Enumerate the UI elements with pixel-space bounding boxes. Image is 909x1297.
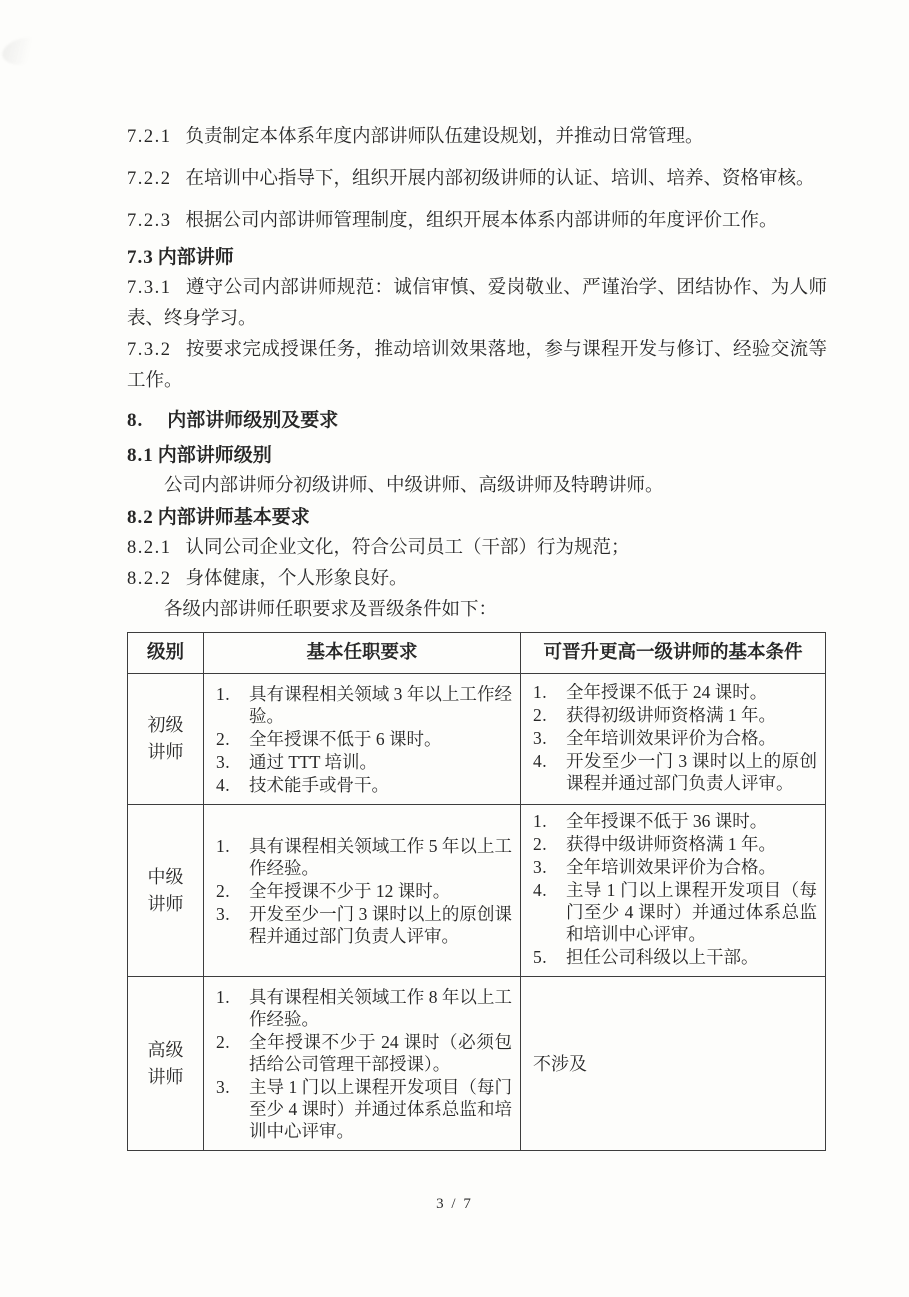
list-item: 2.获得中级讲师资格满 1 年。 (533, 833, 817, 855)
list-item: 1.具有课程相关领域工作 8 年以上工作经验。 (216, 986, 512, 1030)
header-level: 级别 (128, 633, 204, 674)
list-item: 2.全年授课不少于 24 课时（必须包括给公司管理干部授课）。 (216, 1031, 512, 1075)
clause-7-2-1: 7.2.1负责制定本体系年度内部讲师队伍建设规划，并推动日常管理。 (127, 116, 827, 158)
header-promotion-conditions: 可晋升更高一级讲师的基本条件 (521, 633, 826, 674)
clause-7-3-2: 7.3.2按要求完成授课任务，推动培训效果落地，参与课程开发与修订、经验交流等工… (127, 335, 827, 397)
list-item: 1.全年授课不低于 24 课时。 (533, 681, 817, 703)
list-item: 3.全年培训效果评价为合格。 (533, 727, 817, 749)
list-item: 4.主导 1 门以上课程开发项目（每门至少 4 课时）并通过体系总监和培训中心评… (533, 879, 817, 945)
heading-number: 8.2 (127, 507, 154, 528)
clause-text: 按要求完成授课任务，推动培训效果落地，参与课程开发与修订、经验交流等工作。 (127, 340, 827, 391)
document-body: 7.2.1负责制定本体系年度内部讲师队伍建设规划，并推动日常管理。 7.2.2在… (127, 116, 827, 1151)
table-row-senior: 高级讲师 1.具有课程相关领域工作 8 年以上工作经验。 2.全年授课不少于 2… (128, 977, 826, 1151)
clause-text: 在培训中心指导下，组织开展内部初级讲师的认证、培训、培养、资格审核。 (186, 169, 815, 189)
page-number-indicator: 3 / 7 (0, 1196, 909, 1213)
list-item: 2.全年授课不低于 6 课时。 (216, 728, 512, 750)
list-item: 3.开发至少一门 3 课时以上的原创课程并通过部门负责人评审。 (216, 903, 512, 947)
clause-7-2-3: 7.2.3根据公司内部讲师管理制度，组织开展本体系内部讲师的年度评价工作。 (127, 200, 827, 242)
clause-number: 7.3.1 (127, 278, 172, 298)
clause-8-2-2: 8.2.2身体健康，个人形象良好。 (127, 564, 827, 595)
requirements-cell: 1.具有课程相关领域工作 5 年以上工作经验。 2.全年授课不少于 12 课时。… (204, 805, 521, 977)
list-item: 3.通过 TTT 培训。 (216, 751, 512, 773)
paragraph-8-1-body: 公司内部讲师分初级讲师、中级讲师、高级讲师及特聘讲师。 (127, 471, 827, 502)
promotion-cell: 1.全年授课不低于 36 课时。 2.获得中级讲师资格满 1 年。 3.全年培训… (521, 805, 826, 977)
heading-8-1: 8.1内部讲师级别 (127, 440, 827, 471)
list-item: 1.具有课程相关领域工作 5 年以上工作经验。 (216, 835, 512, 879)
list-item: 3.主导 1 门以上课程开发项目（每门至少 4 课时）并通过体系总监和培训中心评… (216, 1076, 512, 1142)
heading-text: 内部讲师级别及要求 (167, 410, 338, 431)
heading-number: 8. (127, 410, 143, 431)
scan-smudge-artifact (0, 34, 50, 69)
list-item: 4.开发至少一门 3 课时以上的原创课程并通过部门负责人评审。 (533, 750, 817, 794)
table-row-junior: 初级讲师 1.具有课程相关领域 3 年以上工作经验。 2.全年授课不低于 6 课… (128, 674, 826, 805)
list-item: 2.全年授课不少于 12 课时。 (216, 880, 512, 902)
table-intro: 各级内部讲师任职要求及晋级条件如下： (127, 595, 827, 626)
clause-number: 7.2.2 (127, 169, 172, 189)
promotion-cell: 1.全年授课不低于 24 课时。 2.获得初级讲师资格满 1 年。 3.全年培训… (521, 674, 826, 805)
clause-number: 8.2.2 (127, 569, 172, 589)
list-item: 3.全年培训效果评价为合格。 (533, 856, 817, 878)
clause-number: 8.2.1 (127, 538, 172, 558)
clause-text: 遵守公司内部讲师规范：诚信审慎、爱岗敬业、严谨治学、团结协作、为人师表、终身学习… (127, 278, 827, 329)
list-item: 2.获得初级讲师资格满 1 年。 (533, 704, 817, 726)
table-header-row: 级别 基本任职要求 可晋升更高一级讲师的基本条件 (128, 633, 826, 674)
heading-8: 8.内部讲师级别及要求 (127, 405, 827, 436)
heading-text: 内部讲师级别 (158, 445, 272, 466)
list-item: 1.全年授课不低于 36 课时。 (533, 810, 817, 832)
list-item: 1.具有课程相关领域 3 年以上工作经验。 (216, 683, 512, 727)
list-item: 4.技术能手或骨干。 (216, 774, 512, 796)
heading-number: 7.3 (127, 247, 154, 268)
level-cell: 高级讲师 (128, 977, 204, 1151)
instructor-level-table: 级别 基本任职要求 可晋升更高一级讲师的基本条件 初级讲师 1.具有课程相关领域… (127, 632, 826, 1151)
heading-7-3: 7.3内部讲师 (127, 242, 827, 273)
clause-text: 根据公司内部讲师管理制度，组织开展本体系内部讲师的年度评价工作。 (186, 211, 778, 231)
level-cell: 中级讲师 (128, 805, 204, 977)
requirements-cell: 1.具有课程相关领域工作 8 年以上工作经验。 2.全年授课不少于 24 课时（… (204, 977, 521, 1151)
promotion-not-applicable-cell: 不涉及 (521, 977, 826, 1151)
clause-8-2-1: 8.2.1认同公司企业文化，符合公司员工（干部）行为规范； (127, 533, 827, 564)
clause-7-3-1: 7.3.1遵守公司内部讲师规范：诚信审慎、爱岗敬业、严谨治学、团结协作、为人师表… (127, 273, 827, 335)
clause-number: 7.2.3 (127, 211, 172, 231)
scanned-document-page: 7.2.1负责制定本体系年度内部讲师队伍建设规划，并推动日常管理。 7.2.2在… (0, 0, 909, 1297)
clause-7-2-2: 7.2.2在培训中心指导下，组织开展内部初级讲师的认证、培训、培养、资格审核。 (127, 158, 827, 200)
level-label: 初级讲师 (147, 712, 184, 766)
heading-number: 8.1 (127, 445, 154, 466)
list-item: 5.担任公司科级以上干部。 (533, 946, 817, 968)
clause-text: 身体健康，个人形象良好。 (186, 569, 408, 589)
level-label: 中级讲师 (147, 864, 184, 918)
table-row-intermediate: 中级讲师 1.具有课程相关领域工作 5 年以上工作经验。 2.全年授课不少于 1… (128, 805, 826, 977)
level-label: 高级讲师 (147, 1037, 184, 1091)
clause-text: 负责制定本体系年度内部讲师队伍建设规划，并推动日常管理。 (186, 127, 704, 147)
requirements-cell: 1.具有课程相关领域 3 年以上工作经验。 2.全年授课不低于 6 课时。 3.… (204, 674, 521, 805)
heading-text: 内部讲师基本要求 (158, 507, 310, 528)
heading-text: 内部讲师 (158, 247, 234, 268)
header-basic-requirements: 基本任职要求 (204, 633, 521, 674)
clause-number: 7.3.2 (127, 340, 172, 360)
heading-8-2: 8.2内部讲师基本要求 (127, 502, 827, 533)
level-cell: 初级讲师 (128, 674, 204, 805)
clause-text: 认同公司企业文化，符合公司员工（干部）行为规范； (186, 538, 630, 558)
clause-number: 7.2.1 (127, 127, 172, 147)
